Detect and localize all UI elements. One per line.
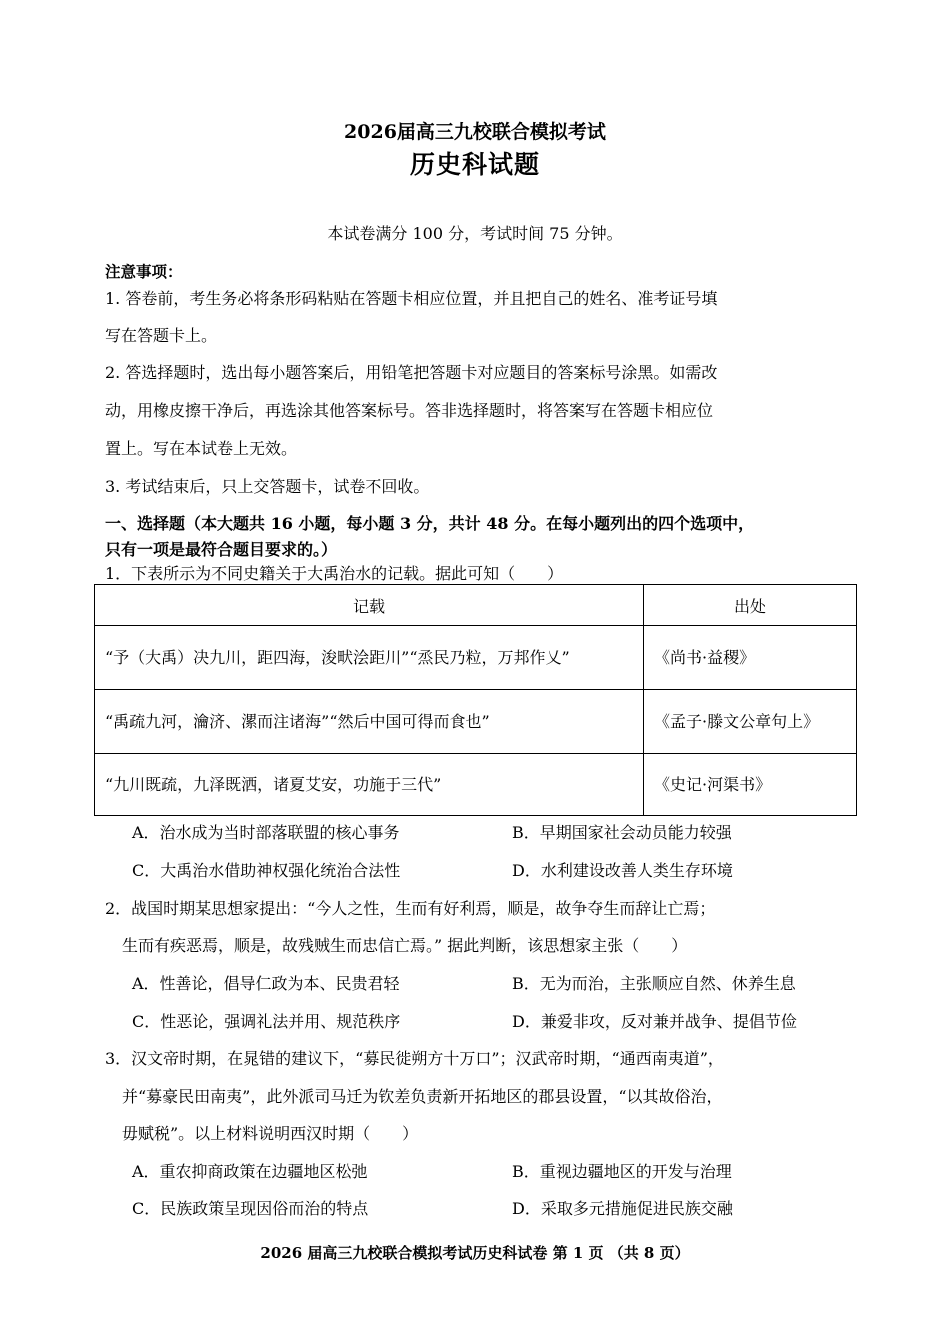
- notice-item-2-line-3: 置上。写在本试卷上无效。: [105, 436, 297, 459]
- question-2-stem-line-2: 生而有疾恶焉，顺是，故残贼生而忠信亡焉。” 据此判断，该思想家主张（ ）: [122, 933, 687, 956]
- section-heading-line-1: 一、选择题（本大题共 16 小题，每小题 3 分，共计 48 分。在每小题列出的…: [105, 511, 754, 534]
- table-cell-record: “禹疏九河，瀹济、漯而注诸海”“然后中国可得而食也”: [95, 690, 644, 754]
- question-1-table: 记载 出处 “予（大禹）决九川，距四海，浚畎浍距川”“烝民乃粒，万邦作乂” 《尚…: [94, 584, 857, 816]
- notice-item-2-line-2: 动，用橡皮擦干净后，再选涂其他答案标号。答非选择题时，将答案写在答题卡相应位: [105, 398, 713, 421]
- question-3-option-c[interactable]: C．民族政策呈现因俗而治的特点: [132, 1196, 368, 1219]
- question-2-option-b[interactable]: B．无为而治，主张顺应自然、休养生息: [512, 971, 796, 994]
- question-2-option-a[interactable]: A．性善论，倡导仁政为本、民贵君轻: [132, 971, 400, 994]
- table-row: “禹疏九河，瀹济、漯而注诸海”“然后中国可得而食也” 《孟子·滕文公章句上》: [95, 690, 857, 754]
- table-cell-record: “九川既疏，九泽既洒，诸夏艾安，功施于三代”: [95, 754, 644, 816]
- question-1-stem: 1．下表所示为不同史籍关于大禹治水的记载。据此可知（ ）: [105, 561, 563, 584]
- subject-title: 历史科试题: [0, 145, 950, 181]
- table-row: “九川既疏，九泽既洒，诸夏艾安，功施于三代” 《史记·河渠书》: [95, 754, 857, 816]
- question-2-option-c[interactable]: C．性恶论，强调礼法并用、规范秩序: [132, 1009, 400, 1032]
- exam-title: 2026届高三九校联合模拟考试: [0, 117, 950, 144]
- table-cell-source: 《史记·河渠书》: [644, 754, 857, 816]
- table-row: “予（大禹）决九川，距四海，浚畎浍距川”“烝民乃粒，万邦作乂” 《尚书·益稷》: [95, 626, 857, 690]
- question-1-option-a[interactable]: A．治水成为当时部落联盟的核心事务: [132, 820, 400, 843]
- page-footer: 2026 届高三九校联合模拟考试历史科试卷 第 1 页 （共 8 页）: [0, 1242, 950, 1263]
- table-header-source: 出处: [644, 585, 857, 626]
- exam-info: 本试卷满分 100 分，考试时间 75 分钟。: [0, 221, 950, 244]
- notice-item-3-line-1: 3. 考试结束后，只上交答题卡，试卷不回收。: [105, 474, 429, 497]
- notice-item-1-line-2: 写在答题卡上。: [105, 323, 217, 346]
- table-cell-record: “予（大禹）决九川，距四海，浚畎浍距川”“烝民乃粒，万邦作乂”: [95, 626, 644, 690]
- notice-item-1-line-1: 1. 答卷前，考生务必将条形码粘贴在答题卡相应位置，并且把自己的姓名、准考证号填: [105, 286, 717, 309]
- notice-item-2-line-1: 2. 答选择题时，选出每小题答案后，用铅笔把答题卡对应题目的答案标号涂黑。如需改: [105, 360, 717, 383]
- question-3-stem-line-3: 毋赋税”。以上材料说明西汉时期（ ）: [122, 1121, 418, 1144]
- table-cell-source: 《孟子·滕文公章句上》: [644, 690, 857, 754]
- table-cell-source: 《尚书·益稷》: [644, 626, 857, 690]
- question-3-option-d[interactable]: D．采取多元措施促进民族交融: [512, 1196, 733, 1219]
- question-3-option-b[interactable]: B．重视边疆地区的开发与治理: [512, 1159, 732, 1182]
- question-1-option-d[interactable]: D．水利建设改善人类生存环境: [512, 858, 733, 881]
- table-header-record: 记载: [95, 585, 644, 626]
- section-heading-line-2: 只有一项是最符合题目要求的。）: [105, 537, 337, 560]
- question-3-stem-line-1: 3．汉文帝时期，在晁错的建议下，“募民徙朔方十万口”；汉武帝时期，“通西南夷道”…: [105, 1046, 724, 1069]
- question-3-stem-line-2: 并“募豪民田南夷”，此外派司马迁为钦差负责新开拓地区的郡县设置，“以其故俗治，: [122, 1084, 723, 1107]
- question-2-stem-line-1: 2．战国时期某思想家提出：“今人之性，生而有好利焉，顺是，故争夺生而辞让亡焉；: [105, 896, 715, 919]
- question-1-option-b[interactable]: B．早期国家社会动员能力较强: [512, 820, 732, 843]
- question-1-option-c[interactable]: C．大禹治水借助神权强化统治合法性: [132, 858, 400, 881]
- notice-heading: 注意事项：: [105, 260, 183, 282]
- question-2-option-d[interactable]: D．兼爱非攻，反对兼并战争、提倡节俭: [512, 1009, 797, 1032]
- question-3-option-a[interactable]: A．重农抑商政策在边疆地区松弛: [132, 1159, 368, 1182]
